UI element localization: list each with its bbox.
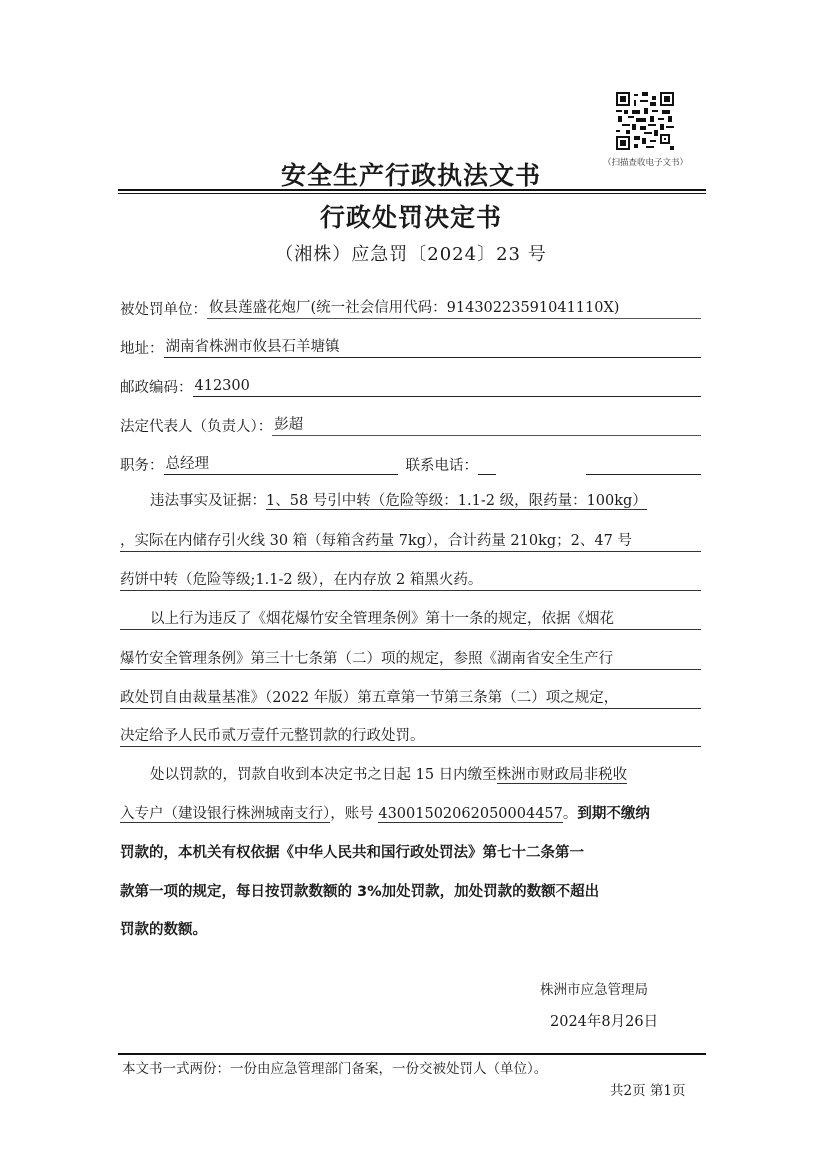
postal-code-label: 邮政编码：	[120, 376, 193, 397]
position-label: 职务：	[120, 454, 164, 475]
legal-rep-value: 彭超	[272, 416, 701, 436]
payment-line-2: 入专户（建设银行株洲城南支行），账号 43001502062050004457。…	[120, 805, 701, 824]
payment-account-number: 43001502062050004457	[378, 806, 563, 823]
payment-bank-2: 入专户（建设银行株洲城南支行）	[120, 806, 330, 823]
phone-label: 联系电话：	[406, 454, 479, 475]
facts-text-1: 1、58 号引中转（危险等级：1.1-2 级，限药量：100kg）	[266, 493, 647, 510]
facts-label: 违法事实及证据：	[150, 493, 266, 509]
field-postal-code: 邮政编码： 412300	[120, 376, 701, 397]
document-number: （湘株）应急罚〔2024〕23 号	[0, 240, 822, 266]
payment-warning-line-2: 款第一项的规定，每日按罚款数额的 3%加处罚款，加处罚款的数额不超出	[120, 883, 701, 902]
postal-code-value: 412300	[193, 377, 702, 397]
footer-rule	[118, 1053, 706, 1055]
payment-warning-start: 到期不缴纳	[577, 806, 650, 822]
header-double-rule	[118, 189, 706, 194]
basis-line-1: 以上行为违反了《烟花爆竹安全管理条例》第十一条的规定，依据《烟花	[120, 610, 701, 630]
payment-account-label: ，账号	[330, 806, 378, 822]
footer-note: 本文书一式两份：一份由应急管理部门备案，一份交被处罚人（单位）。	[122, 1057, 547, 1077]
payment-text-1: 处以罚款的，罚款自收到本决定书之日起 15 日内缴至	[150, 767, 497, 783]
penalized-unit-label: 被处罚单位：	[120, 298, 207, 319]
phone-trailing-blank	[586, 474, 701, 475]
basis-line-4: 决定给予人民币贰万壹仟元整罚款的行政处罚。	[120, 727, 701, 747]
issuing-organization: 株洲市应急管理局	[540, 978, 648, 998]
legal-rep-label: 法定代表人（负责人）：	[120, 415, 272, 436]
facts-line-1: 违法事实及证据：1、58 号引中转（危险等级：1.1-2 级，限药量：100kg…	[120, 492, 731, 511]
position-value: 总经理	[164, 455, 398, 475]
address-label: 地址：	[120, 337, 164, 358]
payment-warning-line-1: 罚款的，本机关有权依据《中华人民共和国行政处罚法》第七十二条第一	[120, 844, 701, 863]
field-legal-representative: 法定代表人（负责人）： 彭超	[120, 415, 701, 436]
address-value: 湖南省株洲市攸县石羊塘镇	[164, 338, 702, 358]
page-info: 共2页 第1页	[610, 1079, 685, 1099]
issue-date: 2024年8月26日	[550, 1010, 658, 1031]
field-penalized-unit: 被处罚单位： 攸县莲盛花炮厂(统一社会信用代码：9143022359104111…	[120, 298, 701, 319]
basis-line-3: 政处罚自由裁量基准》（2022 年版）第五章第一节第三条第（二）项之规定，	[120, 689, 701, 709]
payment-line-1: 处以罚款的，罚款自收到本决定书之日起 15 日内缴至株洲市财政局非税收	[120, 766, 731, 785]
qr-code-icon	[613, 92, 677, 150]
payment-bank-1: 株洲市财政局非税收	[497, 767, 628, 784]
basis-line-2: 爆竹安全管理条例》第三十七条第（二）项的规定，参照《湖南省安全生产行	[120, 650, 701, 670]
field-position-phone: 职务： 总经理 联系电话：	[120, 454, 701, 475]
facts-line-3: 药饼中转（危险等级;1.1-2 级），在内存放 2 箱黑火药。	[120, 571, 701, 591]
document-title: 行政处罚决定书	[0, 198, 822, 234]
phone-value-redacted	[478, 474, 496, 475]
payment-warning-line-3: 罚款的数额。	[120, 921, 701, 940]
facts-line-2: ，实际在内储存引火线 30 箱（每箱含药量 7kg），合计药量 210kg；2、…	[120, 532, 701, 552]
field-address: 地址： 湖南省株洲市攸县石羊塘镇	[120, 337, 701, 358]
penalized-unit-value: 攸县莲盛花炮厂(统一社会信用代码：91430223591041110X)	[207, 299, 701, 319]
document-category-title: 安全生产行政执法文书	[0, 156, 822, 192]
